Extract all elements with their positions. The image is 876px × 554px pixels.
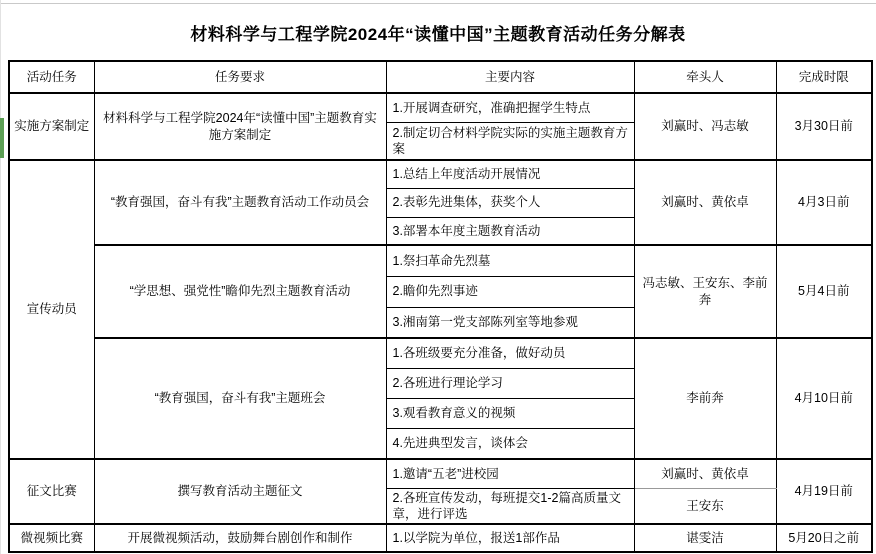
requirement-cell: 撰写教育活动主题征文 [94, 459, 386, 524]
leader-cell: 王安东 [634, 488, 776, 524]
content-cell: 1.总结上年度活动开展情况 [386, 160, 634, 188]
leader-cell: 刘赢时、黄依卓 [634, 459, 776, 488]
left-gridline [0, 0, 1, 554]
content-cell: 2.各班进行理论学习 [386, 368, 634, 398]
content-cell: 2.各班宣传发动，每班提交1-2篇高质量文章，进行评选 [386, 488, 634, 524]
column-header-deadline: 完成时限 [776, 61, 872, 93]
leader-cell: 刘赢时、黄依卓 [634, 160, 776, 245]
task-breakdown-table: 活动任务 任务要求 主要内容 牵头人 完成时限 实施方案制定 材料科学与工程学院… [8, 60, 873, 553]
content-cell: 2.瞻仰先烈事迹 [386, 276, 634, 307]
requirement-cell: 开展微视频活动，鼓励舞台剧创作和制作 [94, 524, 386, 552]
requirement-cell: “教育强国，奋斗有我”主题教育活动工作动员会 [94, 160, 386, 245]
task-cell: 实施方案制定 [9, 93, 94, 160]
requirement-cell: “教育强国，奋斗有我”主题班会 [94, 338, 386, 459]
requirement-cell: “学思想、强党性”瞻仰先烈主题教育活动 [94, 245, 386, 338]
content-cell: 1.以学院为单位，报送1部作品 [386, 524, 634, 552]
column-header-task: 活动任务 [9, 61, 94, 93]
leader-cell: 谌雯洁 [634, 524, 776, 552]
column-header-leader: 牵头人 [634, 61, 776, 93]
column-header-content: 主要内容 [386, 61, 634, 93]
content-cell: 1.各班级要充分准备，做好动员 [386, 338, 634, 368]
page-title: 材料科学与工程学院2024年“读懂中国”主题教育活动任务分解表 [0, 20, 876, 45]
content-cell: 3.部署本年度主题教育活动 [386, 217, 634, 245]
column-header-requirement: 任务要求 [94, 61, 386, 93]
content-cell: 4.先进典型发言，谈体会 [386, 428, 634, 459]
content-cell: 2.制定切合材料学院实际的实施主题教育方案 [386, 122, 634, 160]
task-cell: 微视频比赛 [9, 524, 94, 552]
top-gridline [0, 3, 876, 4]
row-highlight-marker [0, 118, 4, 158]
leader-cell: 刘赢时、冯志敏 [634, 93, 776, 160]
content-cell: 2.表彰先进集体，获奖个人 [386, 188, 634, 217]
content-cell: 1.祭扫革命先烈墓 [386, 245, 634, 276]
leader-cell: 李前奔 [634, 338, 776, 459]
deadline-cell: 4月3日前 [776, 160, 872, 245]
task-cell: 宣传动员 [9, 160, 94, 459]
task-cell: 征文比赛 [9, 459, 94, 524]
leader-cell: 冯志敏、王安东、李前奔 [634, 245, 776, 338]
content-cell: 1.开展调查研究，准确把握学生特点 [386, 93, 634, 122]
content-cell: 3.观看教育意义的视频 [386, 398, 634, 428]
deadline-cell: 5月4日前 [776, 245, 872, 338]
deadline-cell: 4月10日前 [776, 338, 872, 459]
deadline-cell: 5月20日之前 [776, 524, 872, 552]
deadline-cell: 4月19日前 [776, 459, 872, 524]
content-cell: 1.邀请“五老”进校园 [386, 459, 634, 488]
deadline-cell: 3月30日前 [776, 93, 872, 160]
content-cell: 3.湘南第一党支部陈列室等地参观 [386, 307, 634, 338]
requirement-cell: 材料科学与工程学院2024年“读懂中国”主题教育实施方案制定 [94, 93, 386, 160]
